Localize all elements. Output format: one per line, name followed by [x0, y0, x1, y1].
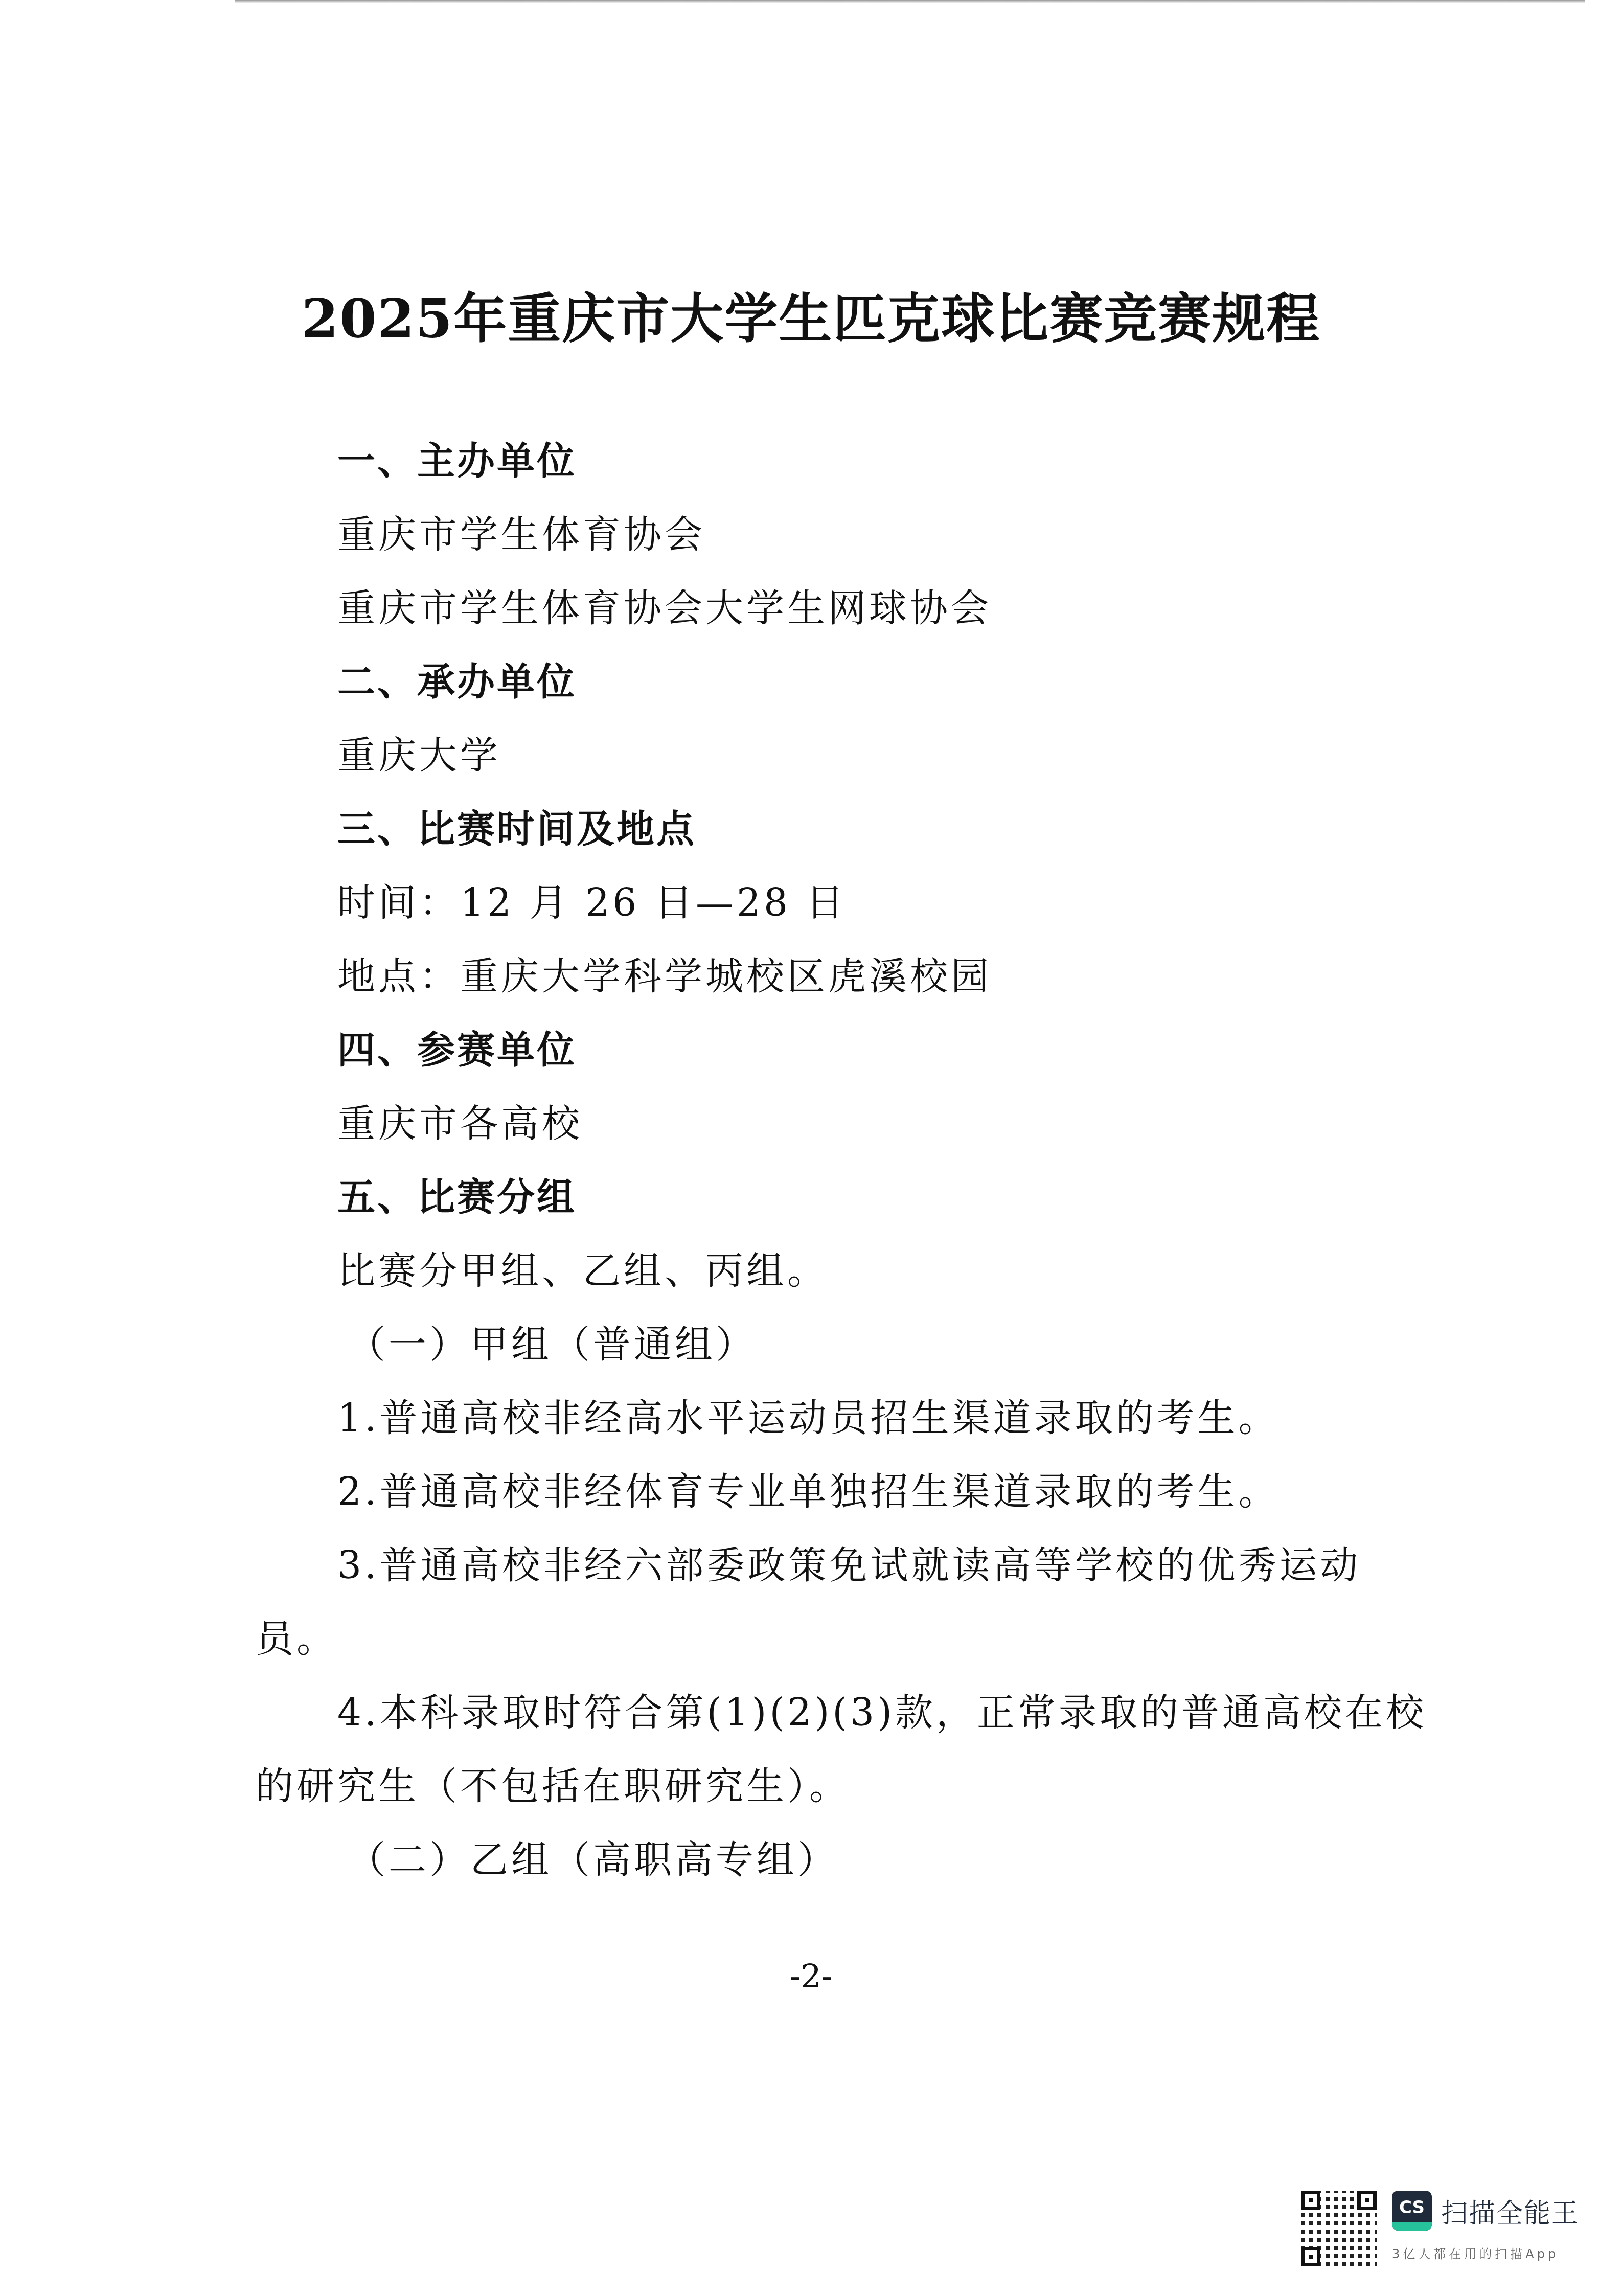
section-heading: 五、比赛分组	[337, 1161, 1406, 1234]
paragraph: 比赛分甲组、乙组、丙组。	[337, 1234, 1406, 1308]
list-item: 3.普通高校非经六部委政策免试就读高等学校的优秀运动	[337, 1529, 1406, 1602]
paragraph: 重庆市学生体育协会	[337, 498, 1406, 572]
document-body: 一、主办单位 重庆市学生体育协会 重庆市学生体育协会大学生网球协会 二、承办单位…	[256, 424, 1406, 1897]
brand-block: CS 扫描全能王 3亿人都在用的扫描App	[1392, 2191, 1579, 2262]
qr-code-icon	[1301, 2191, 1377, 2266]
list-item: 1.普通高校非经高水平运动员招生渠道录取的考生。	[337, 1381, 1406, 1455]
page-number: -2-	[0, 1958, 1622, 1996]
scan-edge-line	[235, 0, 1585, 3]
section-heading: 一、主办单位	[337, 424, 1406, 498]
list-item-continuation: 员。	[256, 1602, 1406, 1676]
paragraph: 重庆市各高校	[337, 1087, 1406, 1161]
app-tagline: 3亿人都在用的扫描App	[1392, 2244, 1579, 2262]
camscanner-watermark: CS 扫描全能王 3亿人都在用的扫描App	[1301, 2191, 1579, 2266]
camscanner-logo-icon: CS	[1392, 2191, 1432, 2231]
section-heading: 四、参赛单位	[337, 1013, 1406, 1087]
subsection-heading: （一）甲组（普通组）	[348, 1308, 1406, 1381]
section-heading: 三、比赛时间及地点	[337, 792, 1406, 866]
list-item: 2.普通高校非经体育专业单独招生渠道录取的考生。	[337, 1455, 1406, 1529]
list-item-continuation: 的研究生（不包括在职研究生）。	[256, 1749, 1406, 1823]
subsection-heading: （二）乙组（高职高专组）	[348, 1823, 1406, 1897]
document-title: 2025年重庆市大学生匹克球比赛竞赛规程	[0, 276, 1622, 353]
logo-text: CS	[1399, 2197, 1425, 2218]
section-heading: 二、承办单位	[337, 645, 1406, 719]
app-name: 扫描全能王	[1441, 2192, 1579, 2230]
paragraph: 重庆大学	[337, 719, 1406, 792]
paragraph: 重庆市学生体育协会大学生网球协会	[337, 572, 1406, 645]
paragraph-location: 地点：重庆大学科学城校区虎溪校园	[337, 940, 1406, 1013]
paragraph-time: 时间：12 月 26 日—28 日	[337, 866, 1406, 940]
list-item: 4.本科录取时符合第(1)(2)(3)款，正常录取的普通高校在校	[337, 1676, 1406, 1749]
